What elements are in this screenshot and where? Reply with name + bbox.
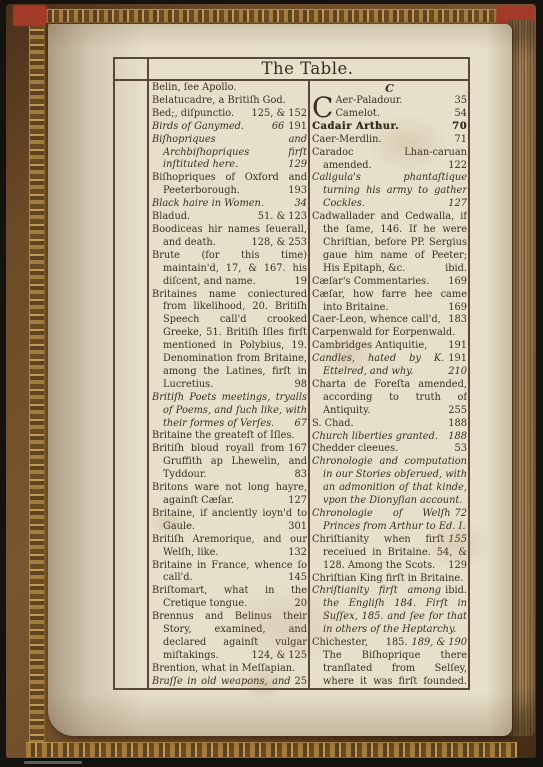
index-entry: Caer-Leon, whence call'd,183	[312, 314, 467, 327]
index-entry: Biſhopriques and Archbiſhopriques firſt …	[152, 134, 307, 173]
entry-text: Caer-Merdlin.	[312, 134, 382, 145]
entry-text: Chriſtian King firſt in Britaine.	[312, 573, 463, 584]
index-entry: S. Chad.188	[312, 418, 467, 431]
entry-text: Bed;, diſpunctio.	[152, 108, 234, 119]
entry-text: Cambridges Antiquitie,	[312, 340, 427, 351]
index-entry: Britaine the greateſt of Iſles.167	[152, 430, 307, 443]
index-entry: Chedder cleeues.53	[312, 443, 467, 456]
dropcap-block: C Aer-Paladour.35 Camelot.54	[312, 95, 467, 121]
index-entry: Chronologie and computation in our Stori…	[312, 456, 467, 508]
index-entry: Britiſh bloud royall from Gruffith ap Lh…	[152, 443, 307, 482]
entry-page-number: 70	[448, 121, 467, 134]
entry-text: Camelot.	[335, 108, 380, 119]
index-entry: Church liberties granted.188	[312, 431, 467, 444]
entry-page-number: 191	[284, 121, 307, 134]
index-entry: Britaines name coniectured from likeliho…	[152, 289, 307, 392]
index-entry: Belin, ſee Apollo.	[152, 82, 307, 95]
index-entry: Chronologie of Welſh Princes from Arthur…	[312, 508, 467, 534]
frame-rule-right	[468, 57, 470, 689]
page-title: The Table.	[147, 58, 468, 79]
entry-page-number: 255	[444, 405, 467, 418]
entry-page-number: 128, & 253	[248, 237, 307, 250]
illegible-credit-mark	[24, 761, 82, 764]
entry-page-number: 25	[291, 676, 307, 688]
index-column-left: Belin, ſee Apollo. Belatucadre, a Britiſ…	[152, 82, 307, 688]
entry-text: Carpenwald for Eorpenwald.	[312, 327, 455, 338]
index-entry: Britaine in France, whence ſo call'd.145	[152, 560, 307, 586]
index-entry: Biſhopriques of Oxford and Peeterborough…	[152, 172, 307, 198]
entry-page-number: 301	[284, 521, 307, 534]
index-entry: Caer-Merdlin.71	[312, 134, 467, 147]
entry-text: Black haire in Women.	[152, 198, 264, 209]
index-entry: Camelot.54	[312, 108, 467, 121]
index-entry: Caradoc Lhan-caruan amended.122	[312, 147, 467, 173]
entry-page-number: 34	[291, 198, 307, 211]
entry-page-number: 189, & 190	[408, 637, 467, 650]
right-entries: Cadair Arthur.70 Caer-Merdlin.71 Caradoc…	[312, 121, 467, 688]
index-entry: Birds of Ganymed.66	[152, 121, 307, 134]
gold-tooling-border-bottom	[26, 742, 517, 758]
index-entry: Brennus and Belinus their Story, examine…	[152, 611, 307, 663]
entry-page-number: 98	[291, 379, 307, 392]
index-entry: Britaine, if anciently ioyn'd to Gaule.3…	[152, 508, 307, 534]
index-entry: Chriſtianity when firſt receiued in Brit…	[312, 534, 467, 573]
entry-text: Britaine the greateſt of Iſles.	[152, 430, 295, 441]
entry-page-number: 191	[444, 340, 467, 353]
book-page: The Table. Belin, ſee Apollo. Belatucadr…	[48, 24, 512, 736]
entry-text: Birds of Ganymed.	[152, 121, 244, 132]
dropcap-letter: C	[312, 95, 335, 120]
entry-text: Cæſar's Commentaries.	[312, 276, 429, 287]
frame-rule-column-divider	[308, 79, 310, 689]
dropcap-entries: Aer-Paladour.35 Camelot.54	[312, 95, 467, 121]
entry-page-number: 124, & 125	[248, 650, 307, 663]
gold-tooling-border-top	[44, 9, 499, 23]
entry-page-number: 132	[284, 547, 307, 560]
entry-page-number: ibid.	[441, 585, 467, 598]
entry-text: Chronologie of Welſh Princes from Arthur…	[312, 508, 465, 532]
entry-page-number: 129	[284, 159, 307, 172]
entry-page-number: 155	[444, 534, 467, 547]
entry-text: Aer-Paladour.	[335, 95, 402, 106]
index-entry: Cadwallader and Cedwalla, if the ſame, 1…	[312, 211, 467, 276]
entry-text: Britiſh bloud royall from Gruffith ap Lh…	[152, 443, 307, 480]
index-entry: Charta de Foreſta amended, according to …	[312, 379, 467, 418]
index-entry: Braſſe in old weapons, and the chiefe me…	[152, 676, 307, 688]
index-entry: Aer-Paladour.35	[312, 95, 467, 108]
entry-text: Chedder cleeues.	[312, 443, 398, 454]
index-column-right: C C Aer-Paladour.35 Camelot.54 Cadair Ar…	[312, 82, 467, 688]
entry-page-number: 145	[284, 572, 307, 585]
entry-page-number: 53	[451, 443, 467, 456]
red-corner-mark-left	[13, 5, 47, 26]
entry-text: Braſſe in old weapons, and the chiefe me…	[152, 676, 307, 688]
frame-rule-header-bottom	[113, 79, 469, 81]
index-entry: Brention, what in Meſſapian.25	[152, 663, 307, 676]
entry-text: Brute (for this time) maintain'd, 17, & …	[152, 250, 307, 287]
entry-page-number: 122	[444, 160, 467, 173]
entry-text: Bladud.	[152, 211, 190, 222]
photo-bottom-strip	[0, 758, 543, 767]
index-entry: Caligula's phantaſtique turning his army…	[312, 172, 467, 211]
entry-page-number: 83	[291, 469, 307, 482]
entry-text: Belin, ſee Apollo.	[152, 82, 237, 93]
entry-page-number: 51. & 123	[254, 211, 307, 224]
index-entry: Candles, hated by K. Ettelred, and why.2…	[312, 353, 467, 379]
entry-page-number: 191	[444, 353, 467, 366]
index-entry: Briſtomart, what in the Cretique tongue.…	[152, 585, 307, 611]
frame-rule-bottom	[113, 688, 470, 690]
index-entry: Carpenwald for Eorpenwald.191	[312, 327, 467, 340]
index-entry: Britons ware not long hayre, againſt Cæſ…	[152, 482, 307, 508]
frame-rule-margin	[147, 57, 149, 689]
entry-text: Cadair Arthur.	[312, 121, 399, 132]
entry-page-number: 72	[451, 508, 467, 521]
book-photo: The Table. Belin, ſee Apollo. Belatucadr…	[0, 0, 543, 767]
entry-text: Briſtomart, what in the Cretique tongue.	[152, 585, 307, 609]
entry-page-number: 19	[291, 276, 307, 289]
gold-tooling-border-left	[29, 12, 45, 744]
entry-page-number: 127	[444, 198, 467, 211]
entry-page-number: 167	[284, 443, 307, 456]
entry-page-number: 20	[291, 598, 307, 611]
entry-page-number: 35	[451, 95, 467, 108]
section-letter: C	[312, 82, 467, 95]
index-entry: Boodiceas hir names ſeuerall, and death.…	[152, 224, 307, 250]
entry-text: S. Chad.	[312, 418, 354, 429]
entry-text: Church liberties granted.	[312, 431, 438, 442]
entry-text: Belatucadre, a Britiſh God.	[152, 95, 286, 106]
frame-rule-left	[113, 57, 115, 689]
entry-page-number: 169	[444, 302, 467, 315]
index-entry: Britiſh Poets meetings, tryalls of Poems…	[152, 392, 307, 431]
index-entry: Cæſar, how farre hee came into Britaine.…	[312, 289, 467, 315]
entry-page-number: 188	[444, 418, 467, 431]
entry-page-number: 193	[284, 185, 307, 198]
entry-page-number: 169	[444, 276, 467, 289]
entry-text: Chronologie and computation in our Stori…	[312, 456, 467, 506]
index-entry: Bladud.51. & 123	[152, 211, 307, 224]
entry-page-number: 183	[444, 314, 467, 327]
entry-page-number: 67	[291, 418, 307, 431]
entry-page-number: 210	[444, 366, 467, 379]
entry-page-number: 188	[444, 431, 467, 444]
entry-page-number: ibid.	[441, 263, 467, 276]
entry-text: Brention, what in Meſſapian.	[152, 663, 295, 674]
index-entry: Black haire in Women.34	[152, 198, 307, 211]
index-entry: Chriſtian King firſt in Britaine.ibid.	[312, 573, 467, 586]
entry-text: Caer-Leon, whence call'd,	[312, 314, 441, 325]
entry-page-number: 71	[451, 134, 467, 147]
entry-page-number: 66	[268, 121, 284, 134]
entry-page-number: 129	[444, 560, 467, 573]
entry-text: Britaines name coniectured from likeliho…	[152, 289, 307, 390]
index-entry: Cæſar's Commentaries.169	[312, 276, 467, 289]
entry-text: Britiſh Poets meetings, tryalls of Poems…	[152, 392, 307, 429]
index-entry: Belatucadre, a Britiſh God.125, & 152	[152, 95, 307, 108]
entry-page-number: 54	[451, 108, 467, 121]
entry-page-number: 127	[284, 495, 307, 508]
index-entry: Cadair Arthur.70	[312, 121, 467, 134]
index-entry: Brute (for this time) maintain'd, 17, & …	[152, 250, 307, 289]
entry-text: Candles, hated by K. Ettelred, and why.	[312, 353, 444, 377]
entry-page-number: 125, & 152	[248, 108, 307, 121]
index-entry: Britiſh Aremorique, and our Welſh, like.…	[152, 534, 307, 560]
